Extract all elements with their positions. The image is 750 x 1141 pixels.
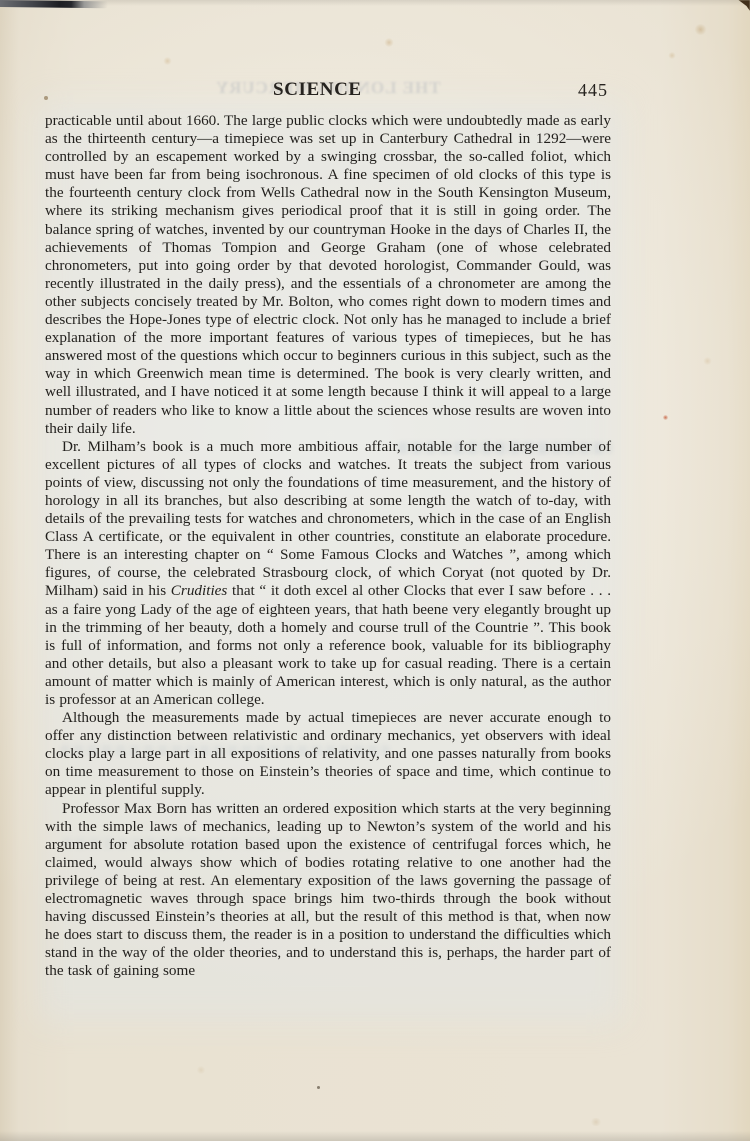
book-title-crudities: Crudities — [171, 582, 228, 599]
scan-edge-mark — [0, 0, 108, 8]
page-top-edge — [0, 0, 750, 6]
ink-speck — [317, 1086, 320, 1089]
foxing-spot — [590, 1118, 602, 1126]
foxing-spot — [196, 1066, 206, 1074]
foxing-spot — [703, 357, 712, 365]
paragraph-3: Although the measurements made by actual… — [45, 709, 611, 799]
foxing-spot — [384, 38, 394, 47]
article-body: practicable until about 1660. The large … — [45, 112, 611, 981]
foxing-spot — [163, 57, 172, 65]
paragraph-2-text-after: that “ it doth excel al other Clocks tha… — [45, 582, 611, 708]
foxing-spot — [694, 24, 707, 35]
scanned-book-page: THE LONDON MERCURY SCIENCE 445 practicab… — [0, 0, 750, 1141]
running-head: SCIENCE 445 — [45, 79, 611, 103]
foxing-spot — [668, 52, 676, 59]
running-head-title: SCIENCE — [273, 79, 362, 101]
paragraph-2: Dr. Milham’s book is a much more ambitio… — [45, 438, 611, 709]
paragraph-2-text-before: Dr. Milham’s book is a much more ambitio… — [45, 438, 611, 600]
page-number: 445 — [578, 80, 608, 101]
page-bottom-edge — [0, 1131, 750, 1141]
paragraph-3-text: Although the measurements made by actual… — [45, 709, 611, 798]
red-speck — [663, 415, 668, 420]
paragraph-4-text: Professor Max Born has written an ordere… — [45, 800, 611, 980]
paragraph-4: Professor Max Born has written an ordere… — [45, 800, 611, 981]
paragraph-1-text: practicable until about 1660. The large … — [45, 112, 611, 437]
paragraph-1: practicable until about 1660. The large … — [45, 112, 611, 438]
